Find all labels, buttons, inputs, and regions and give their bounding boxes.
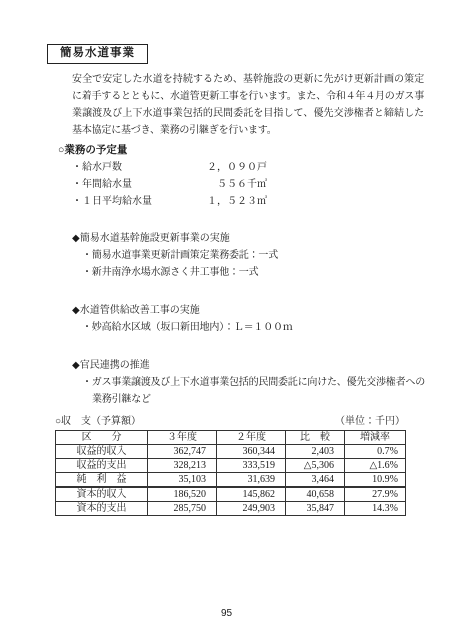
planned-volume-heading: ○業務の予定量 bbox=[58, 142, 453, 159]
table-cell: 249,903 bbox=[217, 502, 286, 516]
section-title: 簡易水道事業 bbox=[60, 47, 135, 59]
table-row: 収益的支出 328,213 333,519 △5,306 △1.6% bbox=[56, 459, 406, 473]
table-cell: △5,306 bbox=[286, 459, 345, 473]
budget-unit-note: （単位：千円） bbox=[335, 415, 405, 429]
project-bullet: ・簡易水道事業更新計画策定業務委託：一式 bbox=[82, 247, 432, 264]
item-label: ・年間給水量 bbox=[72, 176, 132, 193]
project-bullet: ・ガス事業譲渡及び上下水道事業包括的民間委託に向けた、優先交渉権者への業務引継な… bbox=[82, 374, 432, 408]
table-row: 資本的収入 186,520 145,862 40,658 27.9% bbox=[56, 487, 406, 502]
section-title-box: 簡易水道事業 bbox=[47, 44, 148, 64]
project-section-heading: ◆官民連携の推進 bbox=[72, 357, 453, 374]
project-section-heading: ◆簡易水道基幹施設更新事業の実施 bbox=[72, 230, 453, 247]
budget-table: 区 分 ３年度 ２年度 比 較 増減率 収益的収入 362,747 360,34… bbox=[55, 430, 406, 516]
column-header-difference: 比 較 bbox=[286, 431, 345, 445]
table-cell: 収益的支出 bbox=[56, 459, 148, 473]
document-page: 簡易水道事業 安全で安定した水道を持続するため、基幹施設の更新に先がけ更新計画の… bbox=[0, 0, 453, 640]
table-cell: 収益的収入 bbox=[56, 445, 148, 459]
table-cell: 40,658 bbox=[286, 487, 345, 502]
item-value: １，５２３㎥ bbox=[207, 193, 267, 210]
table-header-row: 区 分 ３年度 ２年度 比 較 増減率 bbox=[56, 431, 406, 445]
intro-paragraph: 安全で安定した水道を持続するため、基幹施設の更新に先がけ更新計画の策定に着手する… bbox=[72, 71, 424, 139]
table-cell: 3,464 bbox=[286, 473, 345, 488]
table-cell: 資本的支出 bbox=[56, 502, 148, 516]
budget-heading: ○収 支（予算額） bbox=[55, 415, 141, 429]
item-label: ・給水戸数 bbox=[72, 159, 122, 176]
table-row: 純 利 益 35,103 31,639 3,464 10.9% bbox=[56, 473, 406, 488]
project-bullet: ・新井南浄水場水源さく井工事他：一式 bbox=[82, 264, 432, 281]
table-cell: 純 利 益 bbox=[56, 473, 148, 488]
planned-volume-item: ・給水戸数 ２，０９０戸 bbox=[72, 159, 267, 176]
table-cell: 285,750 bbox=[148, 502, 217, 516]
table-cell: 10.9% bbox=[345, 473, 406, 488]
table-row: 資本的支出 285,750 249,903 35,847 14.3% bbox=[56, 502, 406, 516]
table-cell: 14.3% bbox=[345, 502, 406, 516]
column-header-category: 区 分 bbox=[56, 431, 148, 445]
item-label: ・１日平均給水量 bbox=[72, 193, 152, 210]
table-cell: 31,639 bbox=[217, 473, 286, 488]
project-bullet: ・妙高給水区域（坂口新田地内）：Ｌ＝１００ｍ bbox=[82, 319, 432, 336]
table-cell: 35,847 bbox=[286, 502, 345, 516]
table-cell: 35,103 bbox=[148, 473, 217, 488]
table-cell: 328,213 bbox=[148, 459, 217, 473]
table-cell: 333,519 bbox=[217, 459, 286, 473]
table-cell: 145,862 bbox=[217, 487, 286, 502]
column-header-rate: 増減率 bbox=[345, 431, 406, 445]
budget-heading-row: ○収 支（予算額） （単位：千円） bbox=[55, 415, 405, 429]
table-row: 収益的収入 362,747 360,344 2,403 0.7% bbox=[56, 445, 406, 459]
table-cell: 27.9% bbox=[345, 487, 406, 502]
column-header-fy2: ２年度 bbox=[217, 431, 286, 445]
column-header-fy3: ３年度 bbox=[148, 431, 217, 445]
planned-volume-item: ・年間給水量 ５５６千㎥ bbox=[72, 176, 267, 193]
item-value: ２，０９０戸 bbox=[207, 159, 267, 176]
planned-volume-item: ・１日平均給水量 １，５２３㎥ bbox=[72, 193, 267, 210]
table-cell: 186,520 bbox=[148, 487, 217, 502]
table-cell: 360,344 bbox=[217, 445, 286, 459]
table-cell: 2,403 bbox=[286, 445, 345, 459]
project-section-heading: ◆水道管供給改善工事の実施 bbox=[72, 302, 453, 319]
table-cell: 362,747 bbox=[148, 445, 217, 459]
item-value: ５５６千㎥ bbox=[217, 176, 267, 193]
table-cell: 0.7% bbox=[345, 445, 406, 459]
table-cell: △1.6% bbox=[345, 459, 406, 473]
page-number: 95 bbox=[0, 608, 453, 619]
table-cell: 資本的収入 bbox=[56, 487, 148, 502]
